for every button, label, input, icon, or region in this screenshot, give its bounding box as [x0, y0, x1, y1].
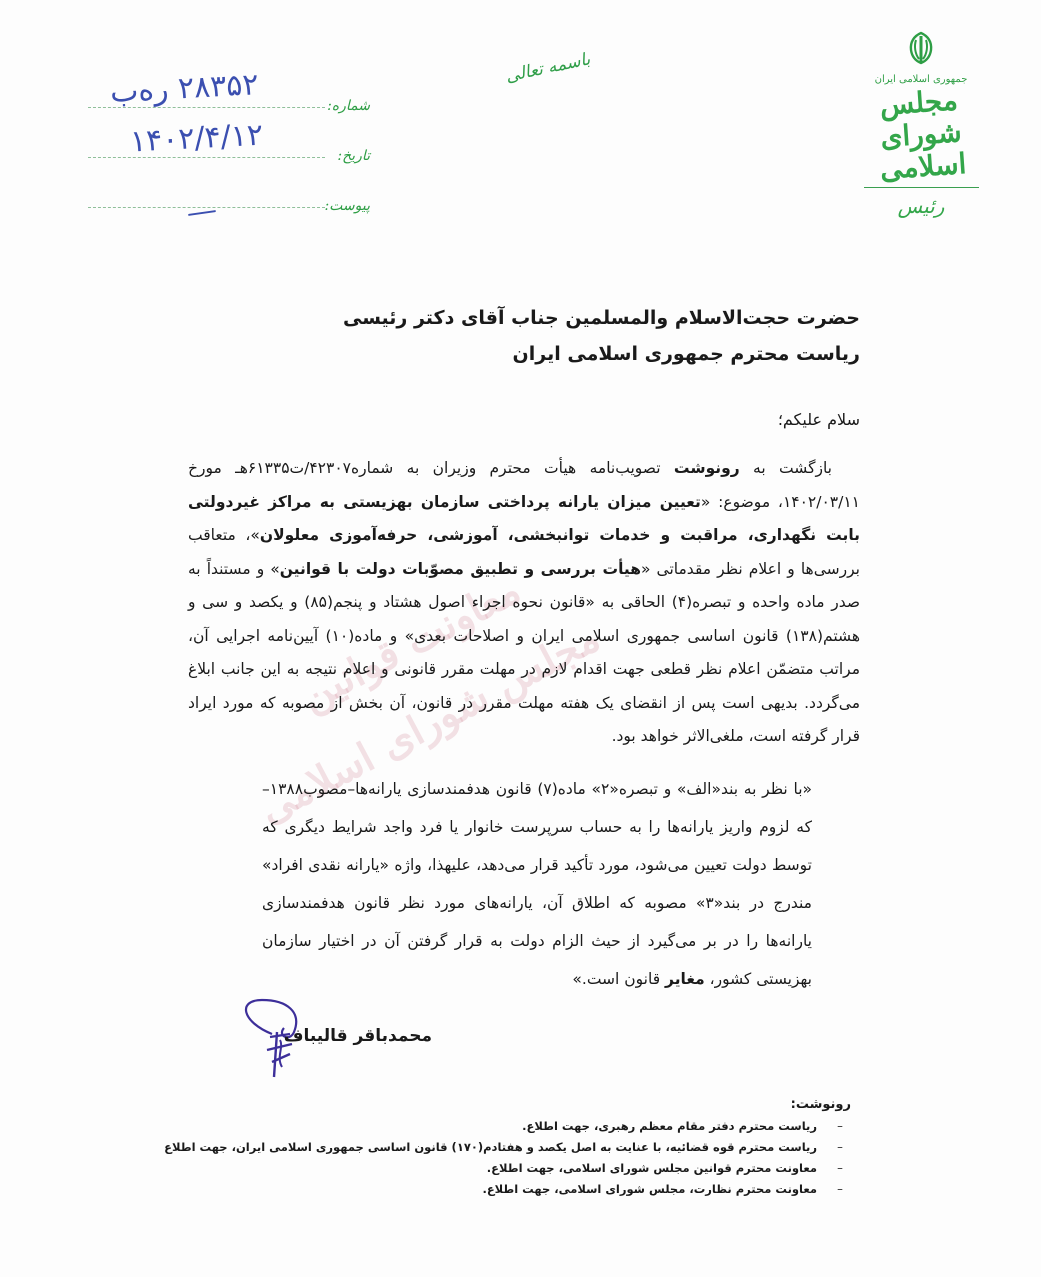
letterhead-role: رئیس — [841, 194, 1001, 218]
cc-item-text: معاونت محترم قوانین مجلس شورای اسلامی، ج… — [487, 1161, 817, 1175]
letterhead-institution: مجلس شورای اسلامی — [838, 82, 1004, 189]
invocation: باسمه تعالی — [504, 49, 592, 86]
date-value: ۱۴۰۲/۴/۱۲ — [129, 118, 264, 160]
cc-item-text: معاونت محترم نظارت، مجلس شورای اسلامی، ج… — [482, 1182, 817, 1196]
cc-item-text: ریاست محترم دفتر مقام معظم رهبری، جهت اط… — [522, 1119, 817, 1133]
greeting: سلام علیکم؛ — [188, 410, 860, 429]
attachment-field: پیوست: — [80, 170, 370, 220]
date-field: تاریخ: ۱۴۰۲/۴/۱۲ — [80, 120, 370, 170]
letter-page: معاونت قوانین مجلس شورای اسلامی جمهوری ا… — [0, 0, 1041, 1277]
quote-text: قانون است.» — [572, 970, 665, 988]
dotted-line — [88, 207, 325, 208]
signer-name: محمدباقر قالیباف — [284, 1026, 432, 1046]
iran-emblem-icon — [904, 30, 938, 66]
letter-meta: شماره: ۲۸۳۵۲ ره‌ب تاریخ: ۱۴۰۲/۴/۱۲ پیوست… — [80, 70, 370, 220]
number-value: ۲۸۳۵۲ ره‌ب — [109, 67, 259, 110]
date-label: تاریخ: — [337, 148, 370, 164]
quoted-objection: «با نظر به بند«الف» و تبصره«۲» ماده(۷) ق… — [262, 770, 812, 998]
dash-bullet-icon: – — [829, 1116, 851, 1137]
quote-text: «با نظر به بند«الف» و تبصره«۲» ماده(۷) ق… — [262, 780, 812, 988]
letterhead-divider — [864, 187, 979, 188]
addressee-line-1: حضرت حجت‌الاسلام والمسلمین جناب آقای دکت… — [188, 300, 860, 336]
dotted-line — [88, 157, 325, 158]
paragraph-text: » و مستنداً به صدر ماده واحده و تبصره(۴)… — [188, 560, 860, 746]
letterhead: جمهوری اسلامی ایران مجلس شورای اسلامی رئ… — [841, 30, 1001, 218]
board-name: هیأت بررسی و تطبیق مصوّبات دولت با قوانی… — [280, 560, 641, 578]
paragraph-text: بازگشت به — [740, 459, 832, 477]
main-paragraph: بازگشت به رونوشت تصویب‌نامه هیأت محترم و… — [188, 452, 860, 754]
dash-bullet-icon: – — [829, 1179, 851, 1200]
cc-item: –ریاست محترم قوه قضائیه، با عنایت به اصل… — [191, 1137, 851, 1158]
signature-block: محمدباقر قالیباف — [232, 992, 432, 1082]
cc-item: –ریاست محترم دفتر مقام معظم رهبری، جهت ا… — [191, 1116, 851, 1137]
addressee: حضرت حجت‌الاسلام والمسلمین جناب آقای دکت… — [188, 300, 860, 372]
quote-bold: مغایر — [665, 970, 705, 988]
addressee-line-2: ریاست محترم جمهوری اسلامی ایران — [188, 336, 860, 372]
cc-title: رونوشت: — [191, 1097, 851, 1112]
cc-item: –معاونت محترم قوانین مجلس شورای اسلامی، … — [191, 1158, 851, 1179]
dash-bullet-icon: – — [829, 1137, 851, 1158]
dash-bullet-icon: – — [829, 1158, 851, 1179]
attachment-dash — [188, 210, 216, 216]
number-field: شماره: ۲۸۳۵۲ ره‌ب — [80, 70, 370, 120]
cc-list: رونوشت: –ریاست محترم دفتر مقام معظم رهبر… — [191, 1097, 851, 1200]
paragraph-bold: رونوشت — [674, 459, 740, 477]
cc-item: –معاونت محترم نظارت، مجلس شورای اسلامی، … — [191, 1179, 851, 1200]
attachment-label: پیوست: — [324, 198, 370, 214]
cc-item-text: ریاست محترم قوه قضائیه، با عنایت به اصل … — [164, 1140, 817, 1154]
number-label: شماره: — [327, 98, 370, 114]
